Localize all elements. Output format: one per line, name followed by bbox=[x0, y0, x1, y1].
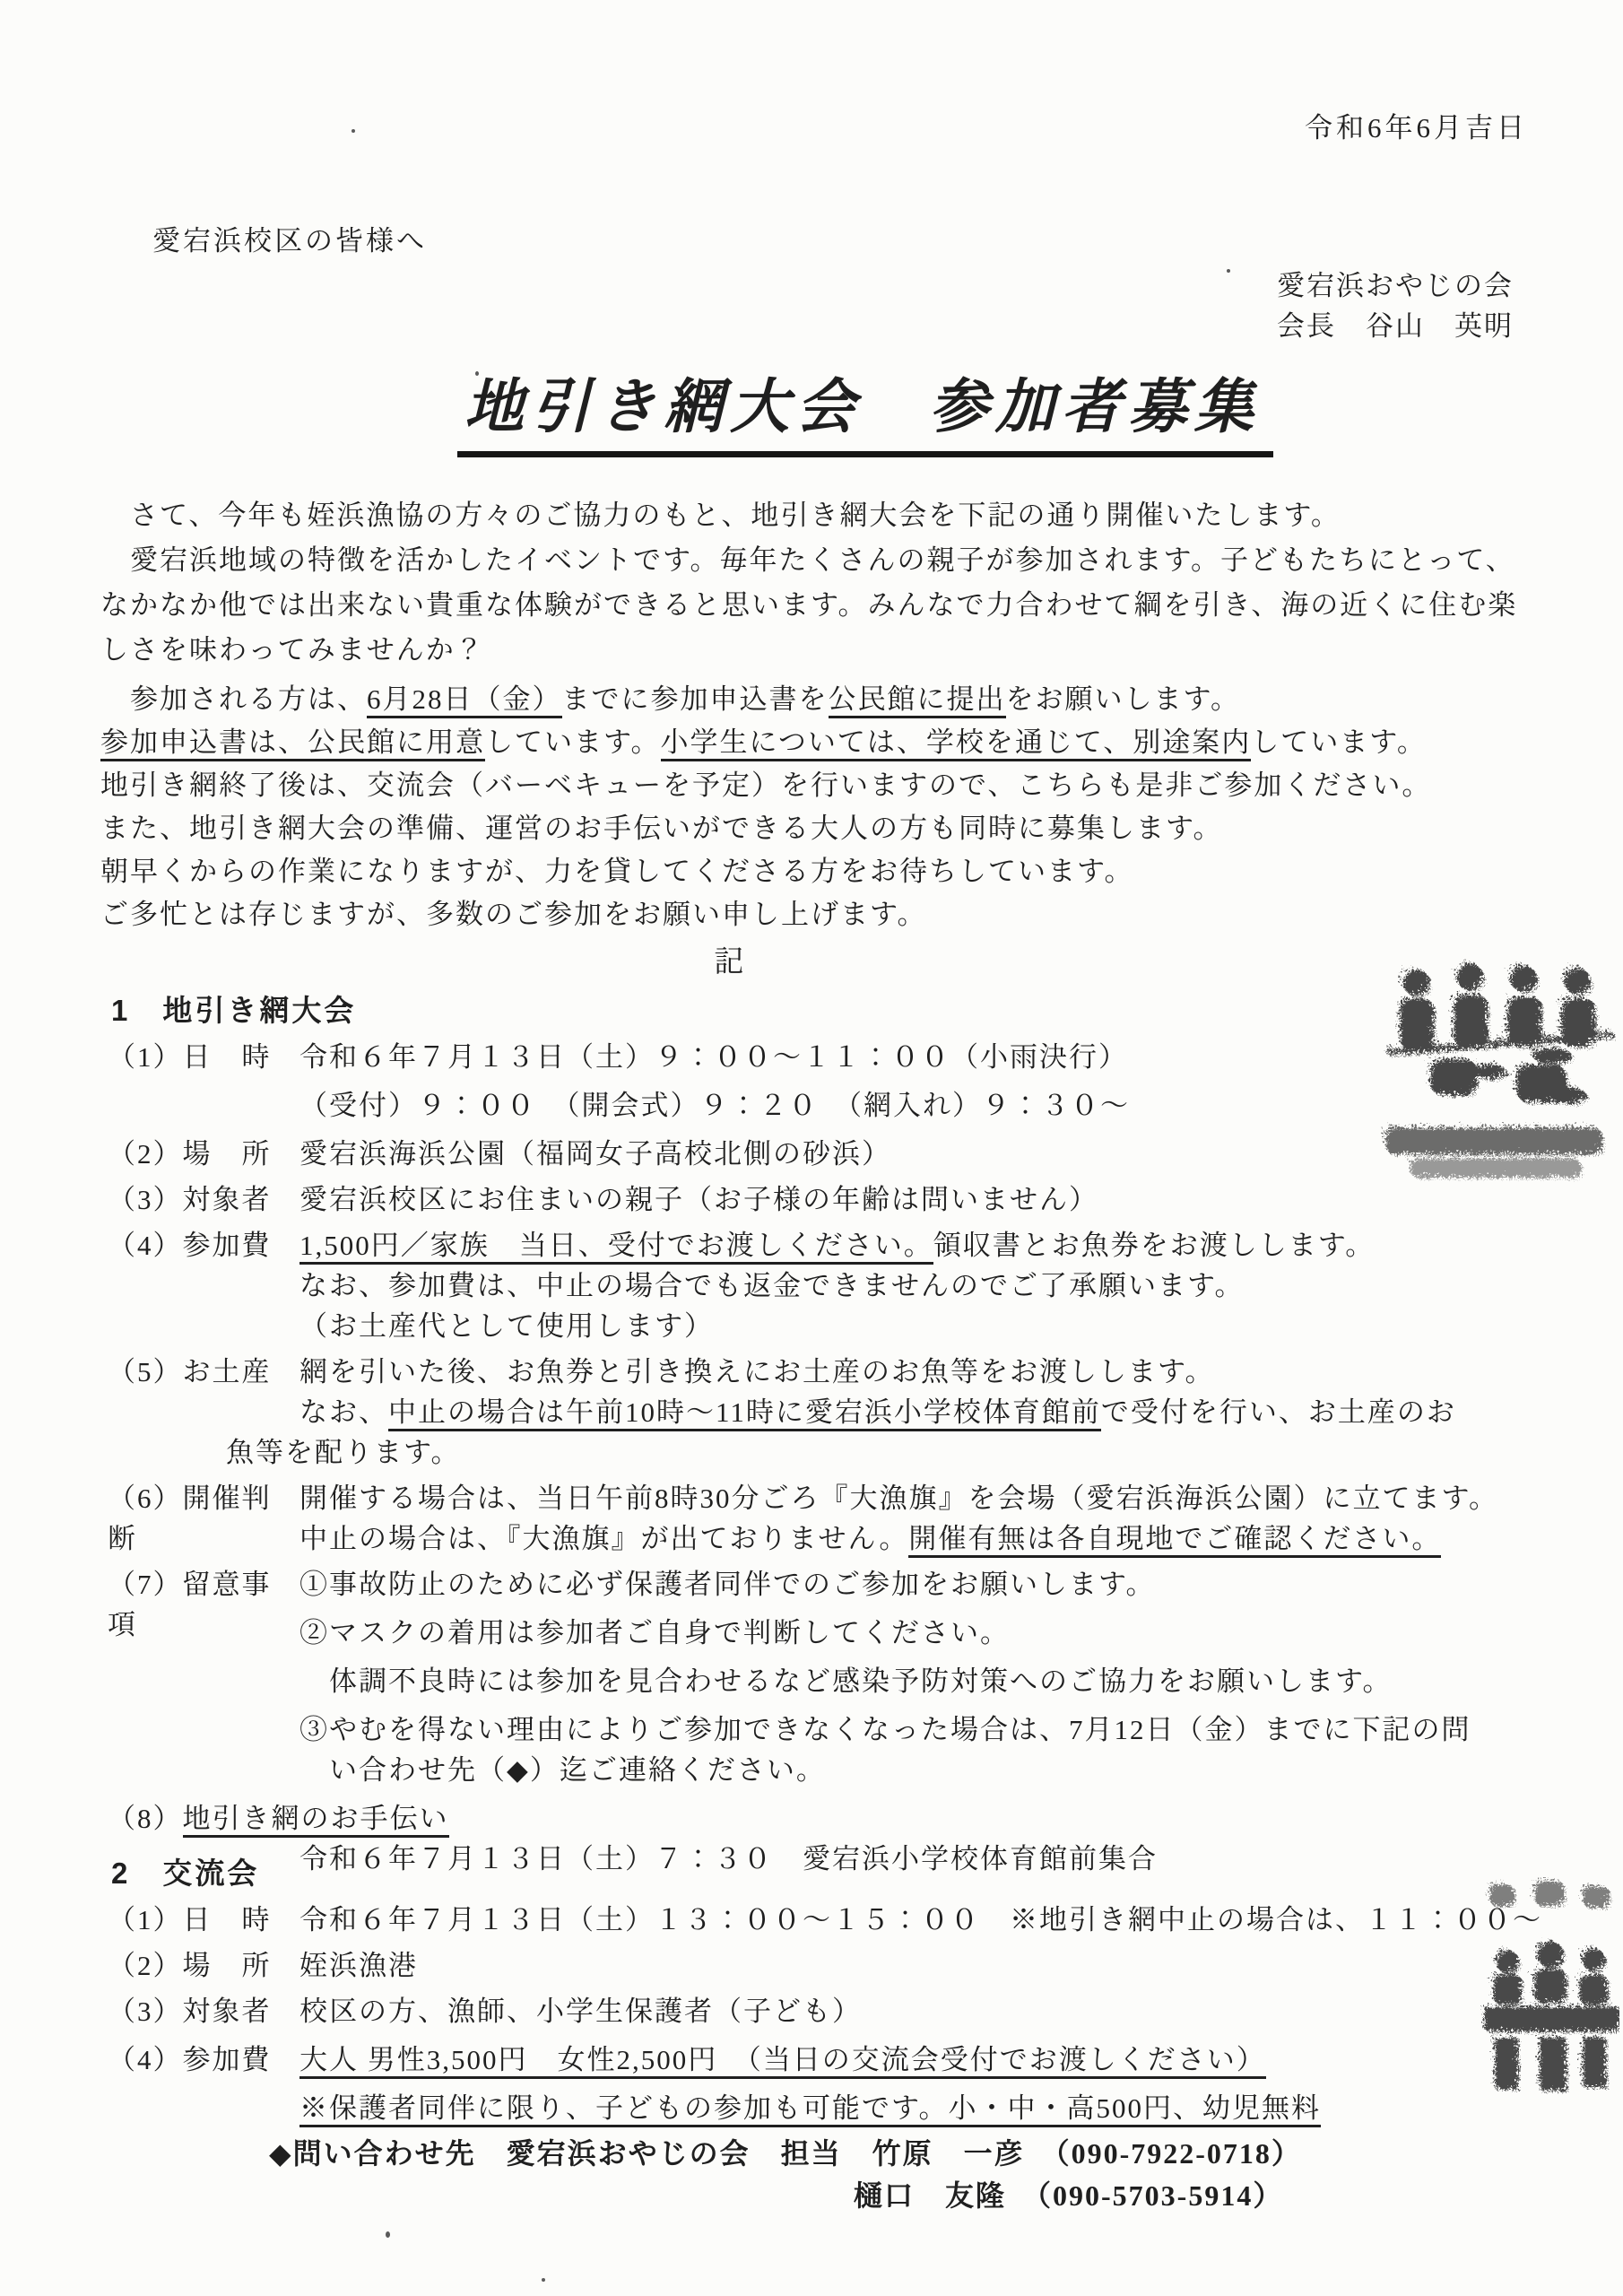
detail-row-cautions: （7）留意事項 ①事故防止のために必ず保護者同伴でのご参加をお願いします。 ②マ… bbox=[108, 1564, 1591, 1790]
contact-line: 樋口 友隆 （090-5703-5914） bbox=[854, 2175, 1302, 2217]
detail-row-datetime: （1）日 時 令和６年７月１３日（土）１３：００～１５：００ ※地引き網中止の場… bbox=[108, 1900, 1591, 1940]
row-line: 開催する場合は、当日午前8時30分ごろ『大漁旗』を会場（愛宕浜海浜公園）に立てま… bbox=[299, 1478, 1591, 1518]
row-line: 校区の方、漁師、小学生保護者（子ども） bbox=[299, 1991, 1591, 2031]
row-label: （1）日 時 bbox=[108, 1900, 299, 1940]
row-line: ③やむを得ない理由によりご参加できなくなった場合は、7月12日（金）までに下記の… bbox=[299, 1709, 1591, 1750]
row-line: ①事故防止のために必ず保護者同伴でのご参加をお願いします。 bbox=[299, 1564, 1591, 1605]
document-page: 令和6年6月吉日 愛宕浜校区の皆様へ 愛宕浜おやじの会 会長 谷山 英明 地引き… bbox=[0, 0, 1623, 2296]
notice-line: 参加申込書は、公民館に用意しています。小学生については、学校を通じて、別途案内し… bbox=[100, 721, 1548, 764]
ki-record-mark: 記 bbox=[0, 938, 1462, 980]
row-label: （2）場 所 bbox=[108, 1945, 299, 1986]
document-title-wrap: 地引き網大会 参加者募集 bbox=[0, 359, 1623, 457]
row-label: （7）留意事項 bbox=[108, 1564, 299, 1790]
detail-row-fee: （4）参加費 大人 男性3,500円 女性2,500円 （当日の交流会受付でお渡… bbox=[108, 2039, 1591, 2128]
row-line: 1,500円／家族 当日、受付でお渡しください。領収書とお魚券をお渡しします。 bbox=[299, 1225, 1591, 1265]
row-line: 体調不良時には参加を見合わせるなど感染予防対策へのご協力をお願いします。 bbox=[299, 1661, 1591, 1701]
bbq-gathering-clipart-icon bbox=[1480, 1876, 1619, 2120]
intro-line: なかなか他では出来ない貴重な体験ができると思います。みんなで力合わせて綱を引き、… bbox=[100, 583, 1542, 628]
row-label: （2）場 所 bbox=[108, 1134, 299, 1174]
row-label: （4）参加費 bbox=[108, 2039, 299, 2128]
row-line: ※保護者同伴に限り、子どもの参加も可能です。小・中・高500円、幼児無料 bbox=[299, 2088, 1591, 2128]
contact-line: ◆問い合わせ先 愛宕浜おやじの会 担当 竹原 一彦 （090-7922-0718… bbox=[269, 2133, 1302, 2175]
row-label: （1）日 時 bbox=[108, 1037, 299, 1126]
intro-line: 愛宕浜地域の特徴を活かしたイベントです。毎年たくさんの親子が参加されます。子ども… bbox=[100, 538, 1542, 583]
section-seine-net-event: 1 地引き網大会 （1）日 時 令和６年７月１３日（土）９：００～１１：００（小… bbox=[108, 990, 1591, 1879]
section2-heading: 2 交流会 bbox=[111, 1853, 1591, 1894]
row-line: い合わせ先（◆）迄ご連絡ください。 bbox=[299, 1750, 1591, 1790]
addressee-line: 愛宕浜校区の皆様へ bbox=[152, 221, 427, 261]
sender-head: 会長 谷山 英明 bbox=[1277, 306, 1514, 346]
notice-line: 地引き網終了後は、交流会（バーベキューを予定）を行いますので、こちらも是非ご参加… bbox=[100, 764, 1548, 807]
scan-speck bbox=[475, 371, 479, 376]
detail-row-target: （3）対象者 愛宕浜校区にお住まいの親子（お子様の年齢は問いません） bbox=[108, 1179, 1591, 1220]
row-label: （4）参加費 bbox=[108, 1225, 299, 1346]
row-line: 網を引いた後、お魚券と引き換えにお土産のお魚等をお渡しします。 bbox=[299, 1352, 1591, 1392]
row-label-underlined: （8）地引き網のお手伝い bbox=[108, 1798, 1591, 1839]
row-line: （お土産代として使用します） bbox=[299, 1306, 1591, 1346]
document-title: 地引き網大会 参加者募集 bbox=[457, 359, 1273, 457]
section-social-gathering: 2 交流会 （1）日 時 令和６年７月１３日（土）１３：００～１５：００ ※地引… bbox=[108, 1853, 1591, 2128]
scan-speck bbox=[1227, 269, 1230, 273]
notice-line: 朝早くからの作業になりますが、力を貸してくださる方をお待ちしています。 bbox=[100, 850, 1548, 893]
row-line: 令和６年７月１３日（土）１３：００～１５：００ ※地引き網中止の場合は、１１：０… bbox=[299, 1900, 1591, 1940]
sender-block: 愛宕浜おやじの会 会長 谷山 英明 bbox=[1277, 265, 1514, 346]
document-date: 令和6年6月吉日 bbox=[1305, 108, 1528, 148]
intro-line: さて、今年も姪浜漁協の方々のご協力のもと、地引き網大会を下記の通り開催いたします… bbox=[100, 493, 1542, 538]
contact-block: ◆問い合わせ先 愛宕浜おやじの会 担当 竹原 一彦 （090-7922-0718… bbox=[269, 2133, 1302, 2217]
detail-row-fee: （4）参加費 1,500円／家族 当日、受付でお渡しください。領収書とお魚券をお… bbox=[108, 1225, 1591, 1346]
intro-line: しさを味わってみませんか？ bbox=[100, 628, 1542, 673]
sender-org: 愛宕浜おやじの会 bbox=[1277, 265, 1514, 306]
row-label: （6）開催判断 bbox=[108, 1478, 299, 1559]
row-line: 姪浜漁港 bbox=[299, 1945, 1591, 1986]
row-line: 魚等を配ります。 bbox=[226, 1432, 1591, 1473]
scan-speck bbox=[386, 2231, 390, 2238]
row-line: 大人 男性3,500円 女性2,500円 （当日の交流会受付でお渡しください） bbox=[299, 2039, 1591, 2080]
scan-speck bbox=[352, 129, 355, 133]
detail-row-place: （2）場 所 姪浜漁港 bbox=[108, 1945, 1591, 1986]
detail-row-target: （3）対象者 校区の方、漁師、小学生保護者（子ども） bbox=[108, 1991, 1591, 2031]
row-line: なお、中止の場合は午前10時～11時に愛宕浜小学校体育館前で受付を行い、お土産の… bbox=[299, 1392, 1591, 1432]
detail-row-souvenir: （5）お土産 網を引いた後、お魚券と引き換えにお土産のお魚等をお渡しします。 な… bbox=[108, 1352, 1591, 1473]
row-label: （3）対象者 bbox=[108, 1179, 299, 1220]
row-line: なお、参加費は、中止の場合でも返金できませんのでご了承願います。 bbox=[299, 1265, 1591, 1306]
notice-line: 参加される方は、6月28日（金）までに参加申込書を公民館に提出をお願いします。 bbox=[100, 678, 1548, 721]
section1-heading: 1 地引き網大会 bbox=[111, 990, 1591, 1031]
intro-paragraph: さて、今年も姪浜漁協の方々のご協力のもと、地引き網大会を下記の通り開催いたします… bbox=[100, 493, 1542, 673]
detail-row-datetime: （1）日 時 令和６年７月１３日（土）９：００～１１：００（小雨決行） （受付）… bbox=[108, 1037, 1591, 1126]
row-label: （3）対象者 bbox=[108, 1991, 299, 2031]
notice-line: ご多忙とは存じますが、多数のご参加をお願い申し上げます。 bbox=[100, 893, 1548, 936]
application-notice-paragraph: 参加される方は、6月28日（金）までに参加申込書を公民館に提出をお願いします。 … bbox=[100, 678, 1548, 936]
detail-row-go-nogo: （6）開催判断 開催する場合は、当日午前8時30分ごろ『大漁旗』を会場（愛宕浜海… bbox=[108, 1478, 1591, 1559]
row-line: ②マスクの着用は参加者ご自身で判断してください。 bbox=[299, 1613, 1591, 1653]
row-line: 中止の場合は、『大漁旗』が出ておりません。開催有無は各自現地でご確認ください。 bbox=[299, 1518, 1591, 1559]
scan-speck bbox=[542, 2278, 545, 2282]
seine-net-clipart-icon bbox=[1381, 956, 1616, 1196]
detail-row-place: （2）場 所 愛宕浜海浜公園（福岡女子高校北側の砂浜） bbox=[108, 1134, 1591, 1174]
notice-line: また、地引き網大会の準備、運営のお手伝いができる大人の方も同時に募集します。 bbox=[100, 807, 1548, 850]
